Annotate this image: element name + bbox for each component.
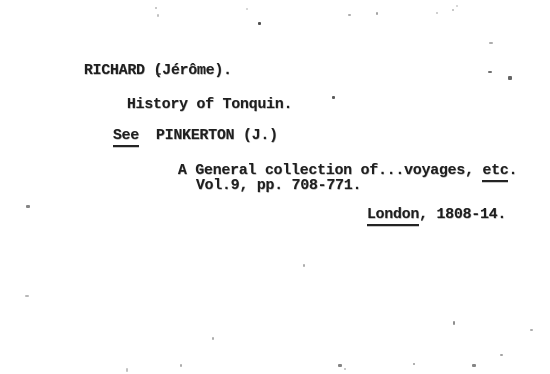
see-label: See <box>113 127 139 147</box>
noise-speck <box>530 329 533 331</box>
see-target: PINKERTON (J.) <box>156 127 278 144</box>
noise-speck <box>212 337 214 340</box>
noise-speck <box>258 22 261 25</box>
noise-speck <box>180 364 182 367</box>
noise-speck <box>436 12 438 14</box>
imprint-date: , 1808-14. <box>419 206 506 223</box>
noise-speck <box>453 321 455 325</box>
noise-speck <box>338 364 342 367</box>
noise-speck <box>456 5 458 7</box>
noise-speck <box>500 354 503 356</box>
noise-speck <box>452 9 454 11</box>
work-title-text: History of Tonquin. <box>127 96 292 113</box>
noise-speck <box>348 14 351 16</box>
noise-speck <box>126 368 128 372</box>
noise-speck <box>246 8 248 10</box>
source-citation-period: . <box>508 162 517 179</box>
noise-speck <box>156 73 161 75</box>
noise-speck <box>155 7 157 9</box>
noise-speck <box>26 205 30 208</box>
noise-speck <box>332 96 335 99</box>
noise-speck <box>472 364 476 367</box>
noise-speck <box>157 14 159 17</box>
noise-speck <box>344 368 346 370</box>
noise-speck <box>488 71 492 73</box>
noise-speck <box>303 264 305 267</box>
imprint-place: London <box>367 206 419 226</box>
author-heading-text: RICHARD (Jérôme). <box>84 62 232 79</box>
noise-speck <box>25 295 29 297</box>
source-citation-etc: etc <box>482 162 508 182</box>
noise-speck <box>376 12 378 15</box>
catalog-card: RICHARD (Jérôme). History of Tonquin. Se… <box>0 0 550 374</box>
imprint: London, 1808-14. <box>332 192 506 237</box>
noise-speck <box>489 42 493 44</box>
noise-speck <box>413 363 415 365</box>
noise-speck <box>508 76 512 80</box>
